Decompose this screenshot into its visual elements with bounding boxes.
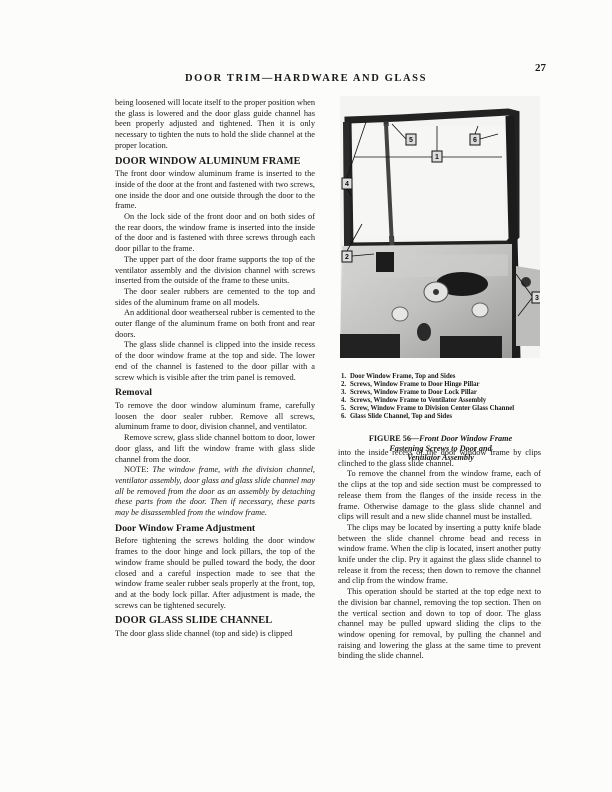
legend-num: 6. — [341, 413, 350, 421]
heading-door-window-aluminum-frame: DOOR WINDOW ALUMINUM FRAME — [115, 157, 315, 168]
figure-legend: 1.Door Window Frame, Top and Sides 2.Scr… — [341, 373, 541, 420]
legend-item: 5.Screw, Window Frame to Division Center… — [341, 405, 541, 413]
body-paragraph: The door glass slide channel (top and si… — [115, 629, 315, 640]
caption-title: Front Door Window Frame — [419, 434, 512, 443]
body-paragraph: The upper part of the door frame support… — [115, 255, 315, 287]
body-paragraph: To remove the door window aluminum frame… — [115, 401, 315, 433]
legend-item: 1.Door Window Frame, Top and Sides — [341, 373, 541, 381]
body-paragraph: To remove the channel from the window fr… — [338, 469, 541, 523]
body-paragraph: into the inside recess of the door windo… — [338, 448, 541, 469]
svg-text:1: 1 — [435, 154, 439, 161]
body-paragraph: Before tightening the screws holding the… — [115, 536, 315, 611]
body-paragraph: Remove screw, glass slide channel bottom… — [115, 433, 315, 465]
note-block: NOTE: The window frame, with the divisio… — [115, 465, 315, 519]
legend-num: 3. — [341, 389, 350, 397]
body-paragraph: The front door window aluminum frame is … — [115, 169, 315, 212]
heading-door-window-frame-adjustment: Door Window Frame Adjustment — [115, 524, 315, 535]
svg-text:6: 6 — [473, 137, 477, 144]
body-paragraph: This operation should be started at the … — [338, 587, 541, 662]
svg-text:5: 5 — [409, 137, 413, 144]
svg-text:2: 2 — [345, 254, 349, 261]
caption-line-1: FIGURE 56—Front Door Window Frame — [338, 434, 543, 444]
legend-item: 6.Glass Slide Channel, Top and Sides — [341, 413, 541, 421]
legend-item: 2.Screws, Window Frame to Door Hinge Pil… — [341, 381, 541, 389]
legend-text: Glass Slide Channel, Top and Sides — [350, 413, 541, 421]
heading-door-glass-slide-channel: DOOR GLASS SLIDE CHANNEL — [115, 616, 315, 627]
caption-label: FIGURE 56— — [369, 434, 419, 443]
right-column: into the inside recess of the door windo… — [338, 448, 541, 662]
intro-paragraph: being loosened will locate itself to the… — [115, 98, 315, 152]
body-paragraph: An additional door weatherseal rubber is… — [115, 308, 315, 340]
legend-num: 1. — [341, 373, 350, 381]
running-head: DOOR TRIM—HARDWARE AND GLASS — [0, 73, 612, 84]
door-photo-illustration: 5 6 1 4 2 3 — [340, 96, 540, 358]
figure-door-photo: 5 6 1 4 2 3 — [340, 96, 540, 358]
legend-num: 2. — [341, 381, 350, 389]
svg-text:4: 4 — [345, 181, 349, 188]
legend-text: Screws, Window Frame to Ventilator Assem… — [350, 397, 541, 405]
heading-removal: Removal — [115, 388, 315, 399]
legend-num: 4. — [341, 397, 350, 405]
left-column: being loosened will locate itself to the… — [115, 98, 315, 640]
legend-text: Door Window Frame, Top and Sides — [350, 373, 541, 381]
legend-text: Screws, Window Frame to Door Lock Pillar — [350, 389, 541, 397]
note-label: NOTE: — [124, 465, 149, 474]
body-paragraph: The glass slide channel is clipped into … — [115, 340, 315, 383]
body-paragraph: The door sealer rubbers are cemented to … — [115, 287, 315, 308]
body-paragraph: The clips may be located by inserting a … — [338, 523, 541, 587]
legend-item: 3.Screws, Window Frame to Door Lock Pill… — [341, 389, 541, 397]
legend-text: Screws, Window Frame to Door Hinge Pilla… — [350, 381, 541, 389]
body-paragraph: On the lock side of the front door and o… — [115, 212, 315, 255]
legend-text: Screw, Window Frame to Division Center G… — [350, 405, 541, 413]
svg-text:3: 3 — [535, 295, 539, 302]
legend-num: 5. — [341, 405, 350, 413]
legend-item: 4.Screws, Window Frame to Ventilator Ass… — [341, 397, 541, 405]
